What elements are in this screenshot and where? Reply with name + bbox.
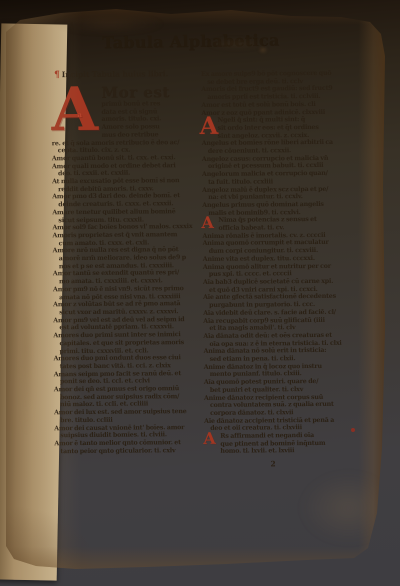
drop-cap-letter: A [51, 75, 98, 145]
right-text-column: Ex amore suips9 bō pōt cognoscere quōse … [201, 69, 372, 456]
decorated-initial-A: A a [51, 85, 101, 138]
rubric-initial-A: A [199, 115, 218, 137]
text-line: capitales. et que sit proprietas amoris [53, 339, 205, 348]
left-column-lines: primū bonū et resdata est cū signūamoris… [51, 100, 206, 456]
quire-signature-mark: 2 [270, 459, 275, 468]
text-line: homo. ti. lxvii. et. lxviii [204, 447, 372, 456]
text-line: Amor pm9 nō ē nisi vn9. sicūt res primo [53, 285, 205, 294]
left-text-column: A a Mor est primū bonū et resdata est cū… [51, 84, 206, 456]
right-column-lines: Ex amore suips9 bō pōt cognoscere quōse … [201, 69, 372, 456]
page-title: Tabula Alphabetica [102, 31, 280, 53]
photo-of-incunabulum-page: { "header": { "title": "Tabula Alphabeti… [0, 0, 400, 586]
text-line: Amor dei lux est. sed amor suipsius tene [54, 408, 206, 417]
rubric-initial-A: A [203, 431, 215, 446]
rubric-initial-A: A [201, 215, 213, 230]
text-line: tanto peior qnto gticularior. ti. cxlv [54, 447, 206, 456]
page-content: Tabula Alphabetica ¶Incipit Tabula huius… [4, 6, 388, 570]
guide-letter: a [77, 111, 81, 118]
book-page: Tabula Alphabetica ¶Incipit Tabula huius… [6, 8, 385, 569]
